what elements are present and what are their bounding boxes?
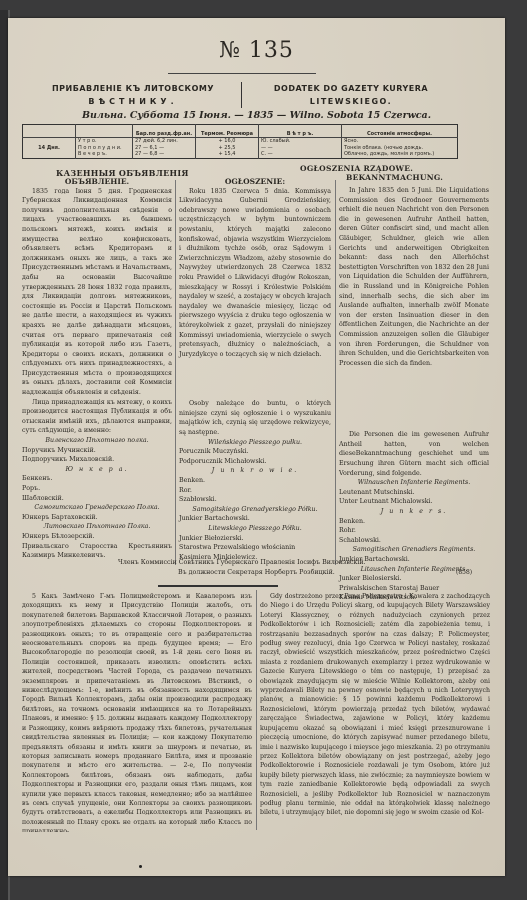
column-divider xyxy=(256,590,257,830)
regiment-pl-3: Litewskiego Piesszego Półku. xyxy=(179,524,331,534)
person-pl: Ror. xyxy=(179,486,331,496)
regiment-ru-2: Самогитскаго Гренадерскаго Полка. xyxy=(22,503,172,513)
masthead-ru-line1: ПРИБАВЛЕНІЕ КЪ ЛИТОВСКОМУ xyxy=(38,82,228,95)
weather-sky: Ясно. xyxy=(342,138,458,145)
person-ru: Подпоручикъ Михаловскій. xyxy=(22,455,172,465)
weather-header-barometer: Бар.по разд.фр.ан. xyxy=(133,125,196,138)
weather-thermometer: + 16,0 xyxy=(196,138,259,145)
regiment-de-1: Wilnauschen Infanterie Regiments. xyxy=(339,478,489,488)
section-title-pl: OGŁOSZENIA RZĄDOWE. xyxy=(300,164,413,173)
weather-header-row: Бар.по разд.фр.ан. Термом. Реомюра В ѣ т… xyxy=(23,125,458,138)
notice-text-ru: 1835 года Іюня 5 дня. Гродненская Губерн… xyxy=(22,187,172,398)
notice2-text-ru: 5 Какъ Замѣчено Г-мъ Полицмейстеромъ и К… xyxy=(22,592,252,832)
notice-heading-ru: ОБЪЯВЛЕНІЕ. xyxy=(22,177,172,187)
regiment-pl-2: Samogitskiego Grenadyerskiego Półku. xyxy=(179,505,331,515)
notice-text-pl: Roku 1835 Czerwca 5 dnia. Kommissya Likw… xyxy=(179,187,331,360)
weather-header-day xyxy=(23,125,76,138)
rank-de: J u n k e r s. xyxy=(339,507,489,517)
notice-text-de: In Jahre 1835 den 5 Juni. Die Liquidatio… xyxy=(339,186,489,368)
dateline: Вильна. Суббота 15 Іюня. — 1835 — Wilno.… xyxy=(8,110,505,121)
column-german: In Jahre 1835 den 5 Juni. Die Liquidatio… xyxy=(339,186,489,603)
section-title-de: BEKANNTMACHUNG. xyxy=(346,173,443,182)
notice-persons-intro-de: Die Personen die im gewesenen Aufruhr An… xyxy=(339,430,489,478)
notice-persons-intro-ru: Лица принадлежащія къ мятежу, о коихъ пр… xyxy=(22,398,172,436)
person-de: Leutenant Mutschinski. xyxy=(339,488,489,498)
column-divider xyxy=(335,180,336,565)
section-rule xyxy=(158,585,278,587)
issue-number-rule xyxy=(168,73,316,74)
masthead-pl-line2: LITEWSKIEGO. xyxy=(256,95,446,108)
person-ru: Юнкеръ Бѣлозерскій. xyxy=(22,532,172,542)
person-ru: Поручикъ Мучинскій. xyxy=(22,446,172,456)
person-pl: Junkier Bartachowski. xyxy=(179,514,331,524)
weather-wind: Ю. слабый. xyxy=(259,138,342,145)
weather-wind: С. — xyxy=(259,151,342,158)
regiment-de-2: Samogitischen Grenadiers Regiments. xyxy=(339,545,489,555)
masthead-russian: ПРИБАВЛЕНІЕ КЪ ЛИТОВСКОМУ ВѢСТНИКУ. xyxy=(38,82,228,108)
regiment-ru-1: Виленскаго Пѣхотнаго полка. xyxy=(22,436,172,446)
person-pl: Porucznik Muczyński. xyxy=(179,447,331,457)
person-pl: Podporucznik Michałowski. xyxy=(179,457,331,467)
weather-thermometer: + 15,4 xyxy=(196,151,259,158)
notice-heading-pl: OGŁOSZENIE: xyxy=(179,177,331,187)
person-pl: Szabłowski. xyxy=(179,495,331,505)
masthead-divider xyxy=(241,82,242,108)
person-pl: Benken. xyxy=(179,476,331,486)
regiment-pl-1: Wileńskiego Piesszego pułku. xyxy=(179,438,331,448)
notice2-text-pl: Gdy dostrzeżono przez Pana Policmeystra … xyxy=(260,592,490,818)
person-ru: Бенкенъ. xyxy=(22,474,172,484)
column-russian: ОБЪЯВЛЕНІЕ. 1835 года Іюня 5 дня. Гродне… xyxy=(22,177,172,561)
column-divider xyxy=(175,180,176,565)
person-de: Schablowski. xyxy=(339,536,489,546)
weather-time: В е ч е р ъ. xyxy=(76,151,133,158)
masthead-pl-line1: DODATEK DO GAZETY KURYERA xyxy=(256,82,446,95)
weather-day-label: 14 Дня. xyxy=(23,138,76,159)
weather-row: 14 Дня. У т р о. 27 дюй. 6,2 лин. + 16,0… xyxy=(23,138,458,145)
person-de: Rohr. xyxy=(339,526,489,536)
regiment-ru-3: Литовскаго Пѣхотнаго Полка. xyxy=(22,522,172,532)
person-ru: Юнкеръ Бартаховскій. xyxy=(22,513,172,523)
weather-header-wind: В ѣ т р ъ. xyxy=(259,125,342,138)
weather-barometer: 27 дюй. 6,2 лин. xyxy=(133,138,196,145)
person-ru: Роръ. xyxy=(22,484,172,494)
notice2-polish: Gdy dostrzeżono przez Pana Policmeystra … xyxy=(260,592,490,832)
rank-pl: J u n k r o w i e. xyxy=(179,466,331,476)
signature-line2: Въ должности Секретаря Норбертъ Розбицкі… xyxy=(118,568,438,578)
weather-row: В е ч е р ъ. 27 — 6,8 — + 15,4 С. — Обла… xyxy=(23,151,458,158)
notice2-russian: 5 Какъ Замѣчено Г-мъ Полицмейстеромъ и К… xyxy=(22,592,252,832)
masthead-ru-line2: ВѢСТНИКУ. xyxy=(38,95,228,108)
person-de: Benken. xyxy=(339,517,489,527)
signature-block: Членъ Коммиссіи Совѣтникъ Губернскаго Пр… xyxy=(118,558,438,577)
person-pl: Starostwa Przewalskiego włościanin xyxy=(179,543,331,553)
person-pl: Junkier Biełozierski. xyxy=(179,534,331,544)
weather-barometer: 27 — 6,8 — xyxy=(133,151,196,158)
person-de: Unter Leutnant Michalowski. xyxy=(339,497,489,507)
masthead-polish: DODATEK DO GAZETY KURYERA LITEWSKIEGO. xyxy=(256,82,446,108)
ink-speck xyxy=(139,865,142,868)
issue-number: № 135 xyxy=(8,38,505,63)
person-ru: Шабловскій. xyxy=(22,494,172,504)
rank-ru: Ю н к е р а. xyxy=(22,465,172,475)
weather-header-thermometer: Термом. Реомюра xyxy=(196,125,259,138)
weather-table: Бар.по разд.фр.ан. Термом. Реомюра В ѣ т… xyxy=(22,124,458,159)
signature-line1: Членъ Коммиссіи Совѣтникъ Губернскаго Пр… xyxy=(118,558,438,568)
weather-time: У т р о. xyxy=(76,138,133,145)
reference-number: (858) xyxy=(456,569,472,576)
notice-persons-intro-pl: Osoby należące do buntu, o których ninie… xyxy=(179,399,331,437)
weather-header-sky: Состояніе атмосферы. xyxy=(342,125,458,138)
column-polish: OGŁOSZENIE: Roku 1835 Czerwca 5 dnia. Ko… xyxy=(179,177,331,562)
weather-sky: Облачно, дождь, молнія и громъ.) xyxy=(342,151,458,158)
newspaper-page: № 135 ПРИБАВЛЕНІЕ КЪ ЛИТОВСКОМУ ВѢСТНИКУ… xyxy=(8,18,505,876)
weather-header-time xyxy=(76,125,133,138)
